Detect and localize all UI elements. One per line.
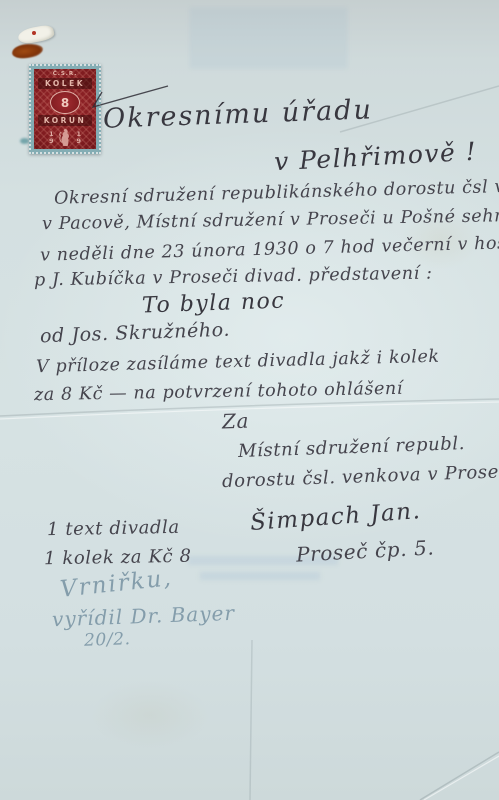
- fold-crease-vertical: [250, 640, 252, 800]
- scanned-letter-page: Č.S.R. KOLEK 8 KORUN 1 9 1 9: [0, 0, 499, 800]
- addressee-line: Okresnímu úřadu: [103, 94, 374, 134]
- age-stain: [90, 680, 210, 750]
- stamp-year-right: 1 9: [77, 131, 82, 145]
- official-note-line-3: 20/2.: [84, 629, 131, 651]
- wax-seal-red-dot: [32, 31, 36, 35]
- stamp-value-oval: 8: [50, 91, 80, 114]
- official-note-line-1: Vrniřku,: [59, 565, 174, 603]
- lion-emblem-icon: [57, 127, 74, 148]
- signature-name: Šimpach Jan.: [249, 498, 422, 536]
- stamp-country-label: Č.S.R.: [53, 71, 78, 77]
- stamp-korun-label: KORUN: [38, 115, 91, 126]
- play-title: To byla noc: [142, 289, 286, 319]
- organization-line-2: dorostu čsl. venkova v Proseči: [222, 461, 499, 492]
- body-line-1: Okresní sdružení republikánského dorostu…: [54, 175, 499, 209]
- addressee-place-line: v Pelhřimově !: [273, 137, 478, 177]
- stamp-year-left: 1 9: [49, 131, 54, 145]
- signature-place: Proseč čp. 5.: [295, 535, 434, 566]
- za-label: Za: [222, 409, 250, 434]
- play-author-line: od Jos. Skružného.: [40, 319, 231, 348]
- teal-ink-smudge: [20, 138, 29, 144]
- enclosure-line-1: 1 text divadla: [47, 517, 180, 540]
- revenue-stamp: Č.S.R. KOLEK 8 KORUN 1 9 1 9: [29, 64, 101, 154]
- body-line-4: p J. Kubíčka v Proseči divad. představen…: [34, 264, 433, 291]
- stamp-bleed-through: [190, 8, 347, 68]
- official-note-line-2: vyřídil Dr. Bayer: [52, 601, 236, 631]
- ink-bleed-through: [200, 572, 320, 580]
- stamp-lion-row: 1 9 1 9: [49, 127, 81, 148]
- fold-crease-bottom-right: [420, 752, 499, 800]
- body-line-6: za 8 Kč — na potvrzení tohoto ohlášení: [34, 379, 403, 405]
- fold-crease-bottom-highlight: [424, 756, 499, 800]
- fold-crease-highlight: [0, 402, 499, 419]
- organization-line-1: Místní sdružení republ.: [238, 433, 466, 462]
- stamp-value: 8: [61, 96, 69, 110]
- revenue-stamp-field: Č.S.R. KOLEK 8 KORUN 1 9 1 9: [34, 69, 96, 149]
- rust-stain: [11, 42, 43, 59]
- wax-seal-remnant: [17, 24, 55, 45]
- body-line-5: V příloze zasíláme text divadla jakž i k…: [36, 347, 440, 378]
- stamp-kolek-label: KOLEK: [38, 78, 91, 89]
